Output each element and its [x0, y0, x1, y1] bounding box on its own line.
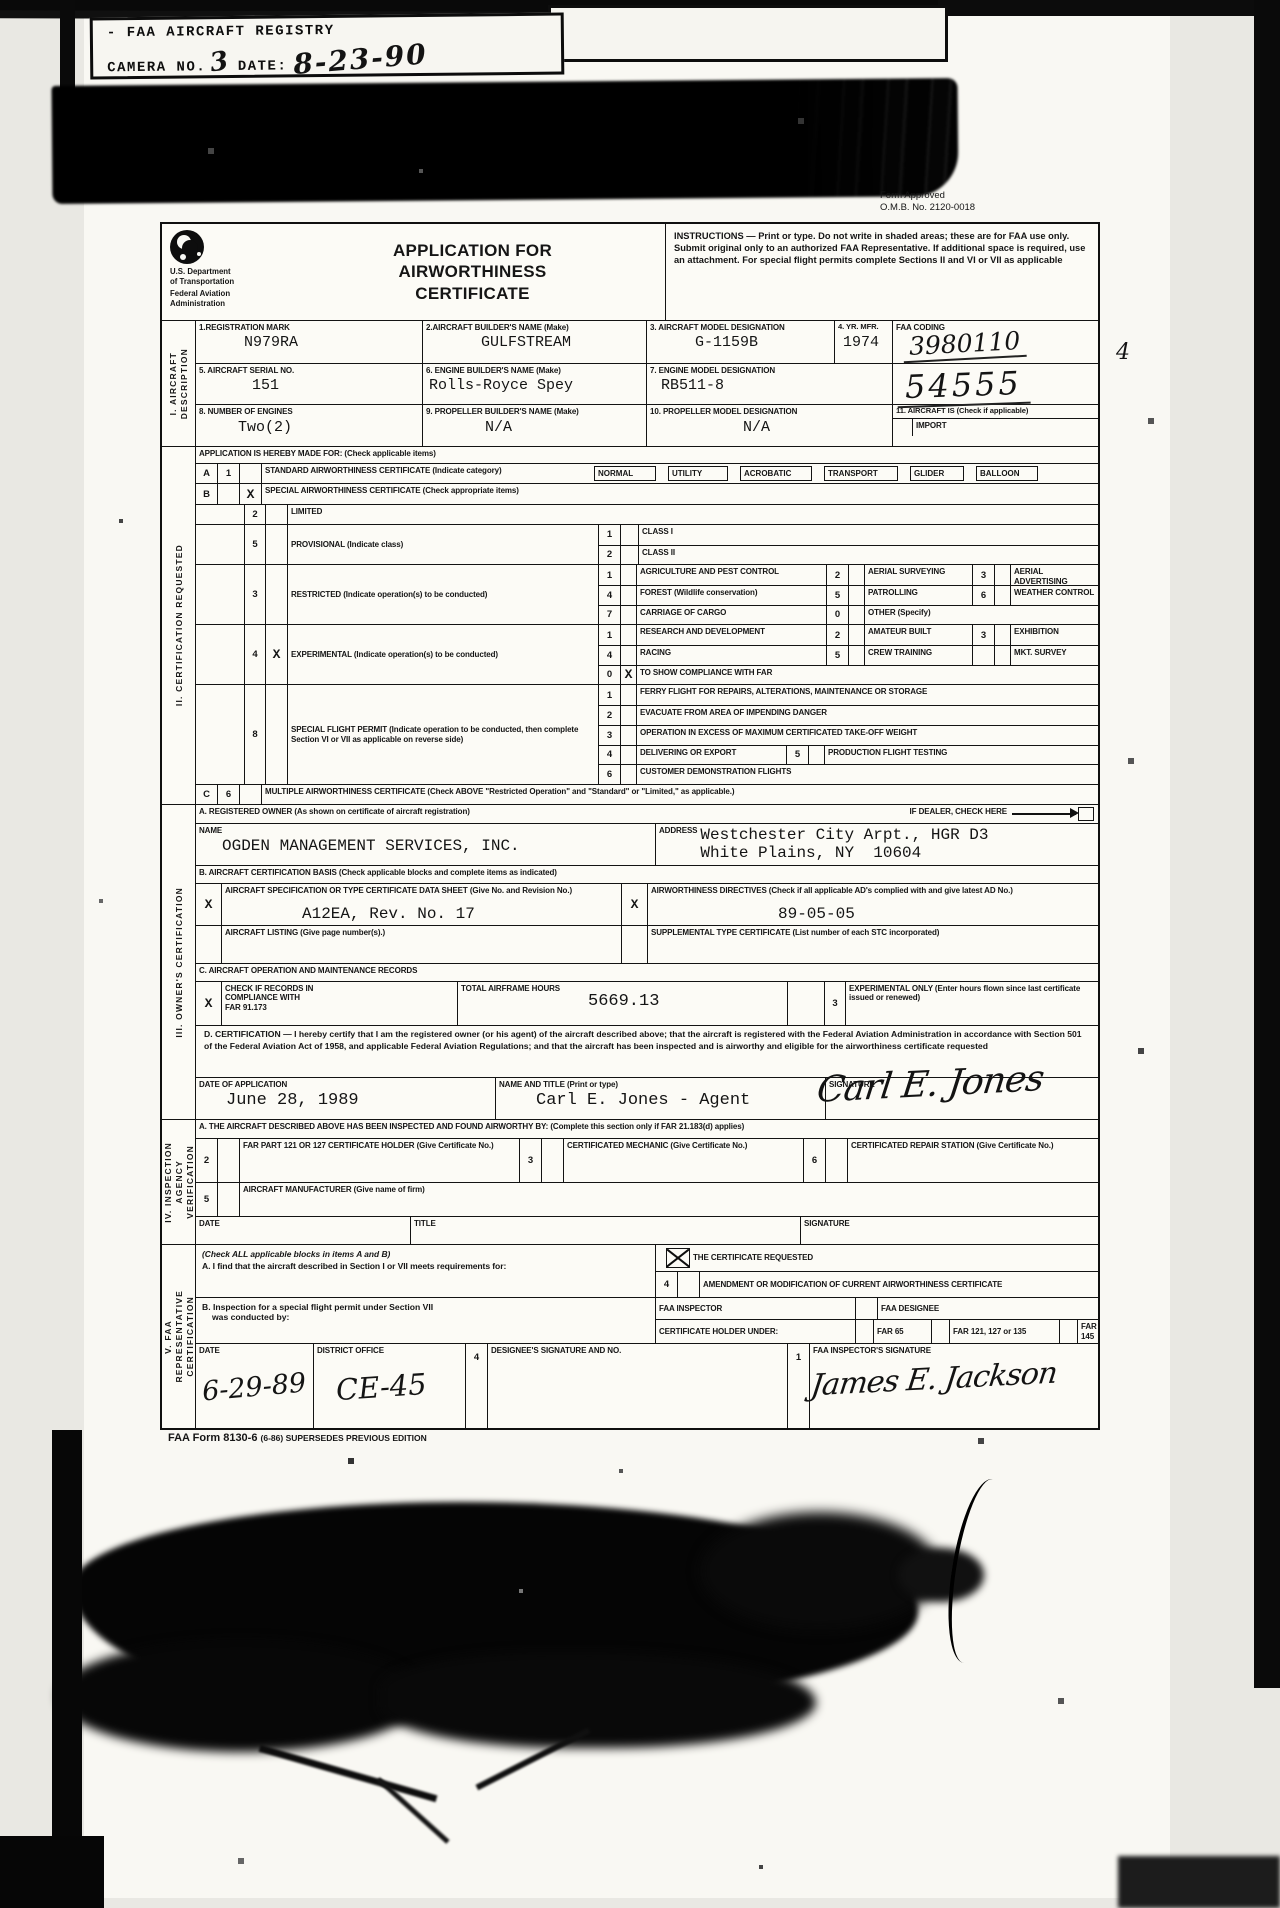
- limited-label: LIMITED: [288, 505, 325, 524]
- section-5-content: (Check ALL applicable blocks in items A …: [196, 1245, 1098, 1428]
- name-title-label: NAME AND TITLE (Print or type): [496, 1078, 825, 1091]
- opt-checkbox: [621, 625, 637, 645]
- opt-label: WEATHER CONTROL: [1011, 586, 1098, 605]
- multiple-cert-checkbox: [240, 785, 262, 804]
- opt-label: CARRIAGE OF CARGO: [637, 606, 827, 625]
- s5-date-label: DATE: [196, 1344, 313, 1357]
- opt-label: RACING: [637, 646, 827, 665]
- dot-logo: [170, 230, 204, 264]
- airframe-hours-field: TOTAL AIRFRAME HOURS 5669.13: [458, 982, 788, 1025]
- year-mfr-label: 4. YR. MFR.: [835, 321, 892, 334]
- airframe-hours-value: 5669.13: [588, 992, 659, 1011]
- far65-label: FAR 65: [874, 1320, 932, 1343]
- faa-registry-stamp: - FAA AIRCRAFT REGISTRY CAMERA NO.3DATE:…: [90, 13, 565, 80]
- opt-checkbox: [849, 606, 865, 625]
- opt-label: AGRICULTURE AND PEST CONTROL: [637, 565, 827, 585]
- multiple-cert-row: C 6 MULTIPLE AIRWORTHINESS CERTIFICATE (…: [196, 784, 1098, 804]
- prop-model-value: N/A: [647, 419, 892, 436]
- ad-checkbox: X: [622, 884, 648, 925]
- holder-checkbox: [218, 1139, 240, 1182]
- section-2-side-label: II. CERTIFICATION REQUESTED: [162, 447, 196, 804]
- dealer-checkbox: [1078, 807, 1094, 821]
- row-number-blank: [218, 484, 240, 505]
- opt-checkbox: [995, 565, 1011, 585]
- permit-options: 1 FERRY FLIGHT FOR REPAIRS, ALTERATIONS,…: [598, 685, 1098, 784]
- category-acrobatic: ACROBATIC: [740, 466, 812, 481]
- side-label-text: CERTIFICATION: [185, 1296, 195, 1377]
- form-edition-note: (6-86) SUPERSEDES PREVIOUS EDITION: [261, 1433, 427, 1443]
- category-checkbox: [728, 464, 740, 483]
- certificate-holder-row: CERTIFICATE HOLDER UNDER: FAR 65 FAR 121…: [656, 1319, 1100, 1343]
- prop-builder-label: 9. PROPELLER BUILDER'S NAME (Make): [423, 405, 646, 418]
- import-checkbox: [893, 419, 913, 436]
- s4-row1: 2 FAR PART 121 OR 127 CERTIFICATE HOLDER…: [196, 1138, 1098, 1182]
- mechanic-label: CERTIFICATED MECHANIC (Give Certificate …: [564, 1139, 804, 1182]
- manufacturer-number: 5: [196, 1183, 218, 1216]
- prop-builder-value: N/A: [423, 419, 646, 436]
- side-label-text: I. AIRCRAFT: [168, 352, 178, 415]
- owner-address-label: ADDRESS: [656, 824, 700, 865]
- opt-number: 5: [827, 586, 849, 605]
- experimental-only-field: EXPERIMENTAL ONLY (Enter hours flown sin…: [846, 982, 1098, 1025]
- side-label-text: III. OWNER'S CERTIFICATION: [174, 887, 184, 1038]
- side-label-text: DESCRIPTION: [179, 348, 189, 419]
- class2-label: CLASS II: [639, 546, 678, 565]
- opt-label: OPERATION IN EXCESS OF MAXIMUM CERTIFICA…: [637, 726, 1098, 745]
- s4-signature-label: SIGNATURE: [801, 1217, 1098, 1244]
- empty-stamp-box: [548, 5, 948, 62]
- section-1-side-label: I. AIRCRAFT DESCRIPTION: [162, 321, 196, 446]
- spec-label: AIRCRAFT SPECIFICATION OR TYPE CERTIFICA…: [222, 884, 621, 897]
- side-label-text: REPRESENTATIVE: [174, 1290, 184, 1383]
- far121-checkbox: [932, 1320, 950, 1343]
- cert-basis-row1: X AIRCRAFT SPECIFICATION OR TYPE CERTIFI…: [196, 883, 1098, 925]
- opt-checkbox: [995, 646, 1011, 665]
- special-cert-checkbox: X: [240, 484, 262, 505]
- opt-checkbox: [849, 625, 865, 645]
- engine-builder-value: Rolls-Royce Spey: [423, 377, 646, 394]
- section-4-inspection-agency-verification: IV. INSPECTION AGENCY VERIFICATION A. TH…: [162, 1119, 1098, 1244]
- aircraft-is-field: 11. AIRCRAFT IS (Check if applicable) IM…: [893, 405, 1098, 446]
- title-line1: APPLICATION FOR: [288, 240, 657, 261]
- section-4-content: A. THE AIRCRAFT DESCRIBED ABOVE HAS BEEN…: [196, 1120, 1098, 1244]
- s5-rowA: (Check ALL applicable blocks in items A …: [196, 1245, 1098, 1297]
- section-1-aircraft-description: I. AIRCRAFT DESCRIPTION 1.REGISTRATION M…: [162, 320, 1098, 446]
- special-flight-permit-row: 8 SPECIAL FLIGHT PERMIT (Indicate operat…: [196, 684, 1098, 784]
- opt-label: EXHIBITION: [1011, 625, 1098, 645]
- provisional-number: 5: [244, 525, 266, 564]
- opt-number: 6: [973, 586, 995, 605]
- mechanic-number: 3: [520, 1139, 542, 1182]
- form-approved-line1: Form Approved: [880, 190, 1102, 202]
- opt-number: 5: [787, 746, 809, 765]
- owner-address-line1: Westchester City Arpt., HGR D3: [700, 826, 988, 844]
- number-of-engines-value: Two(2): [196, 419, 422, 436]
- opt-label: OTHER (Specify): [865, 606, 1098, 625]
- opt-number: 2: [827, 565, 849, 585]
- manufacturer-label: AIRCRAFT MANUFACTURER (Give name of firm…: [240, 1183, 428, 1216]
- section-5-faa-representative-certification: V. FAA REPRESENTATIVE CERTIFICATION (Che…: [162, 1244, 1098, 1428]
- certificate-requested-label: THE CERTIFICATE REQUESTED: [690, 1251, 816, 1264]
- holder-number: 2: [196, 1139, 218, 1182]
- faa-designee-checkbox: [856, 1298, 878, 1319]
- ad-label: AIRWORTHINESS DIRECTIVES (Check if all a…: [648, 884, 1098, 897]
- scan-noise: [0, 0, 2, 2]
- opt-number: 4: [599, 586, 621, 605]
- indent: [196, 685, 244, 784]
- number-of-engines-label: 8. NUMBER OF ENGINES: [196, 405, 422, 418]
- opt-label: PRODUCTION FLIGHT TESTING: [825, 746, 1098, 765]
- s5-date-field: DATE 6-29-89: [196, 1344, 314, 1428]
- section-2-certification-requested: II. CERTIFICATION REQUESTED APPLICATION …: [162, 446, 1098, 804]
- model-designation-field: 3. AIRCRAFT MODEL DESIGNATION G-1159B: [647, 321, 835, 363]
- meets-requirements-label: A. I find that the aircraft described in…: [202, 1259, 649, 1273]
- margin-note: 4: [1116, 340, 1130, 365]
- faa-inspector-label: FAA INSPECTOR: [656, 1298, 856, 1319]
- faa-coding-2-value: 54555: [896, 363, 1030, 408]
- section-2-content: APPLICATION IS HEREBY MADE FOR: (Check a…: [196, 447, 1098, 804]
- serial-no-field: 5. AIRCRAFT SERIAL NO. 151: [196, 364, 423, 405]
- opt-checkbox: [621, 565, 637, 585]
- builder-name-value: GULFSTREAM: [423, 334, 646, 351]
- inspector-designee-row: FAA INSPECTOR FAA DESIGNEE: [656, 1298, 1100, 1319]
- far145-checkbox: [1060, 1320, 1078, 1343]
- opt-number: 7: [599, 606, 621, 625]
- year-mfr-value: 1974: [835, 334, 892, 351]
- scan-artifact-bottom-blob: [58, 1640, 424, 1752]
- far65-checkbox: [856, 1320, 874, 1343]
- restricted-row: 3 RESTRICTED (Indicate operation(s) to b…: [196, 564, 1098, 624]
- permit-number: 8: [244, 685, 266, 784]
- permit-label: SPECIAL FLIGHT PERMIT (Indicate operatio…: [288, 685, 598, 784]
- s5-rowA-right: THE CERTIFICATE REQUESTED 4 AMENDMENT OR…: [656, 1245, 1098, 1297]
- number-of-engines-field: 8. NUMBER OF ENGINES Two(2): [196, 405, 423, 446]
- standard-cert-checkbox: [240, 464, 262, 483]
- opt-number: 5: [827, 646, 849, 665]
- opt-checkbox: [809, 746, 825, 765]
- opt-number: 4: [599, 646, 621, 665]
- section-3-owners-certification: III. OWNER'S CERTIFICATION A. REGISTERED…: [162, 804, 1098, 1119]
- prop-model-field: 10. PROPELLER MODEL DESIGNATION N/A: [647, 405, 893, 446]
- application-date-field: DATE OF APPLICATION June 28, 1989: [196, 1078, 496, 1119]
- opt-number: 3: [973, 565, 995, 585]
- repair-station-checkbox: [826, 1139, 848, 1182]
- dept-line1: U.S. Department: [170, 267, 288, 277]
- records-field: CHECK IF RECORDS IN COMPLIANCE WITH FAR …: [222, 982, 458, 1025]
- opt-label: TO SHOW COMPLIANCE WITH FAR: [637, 666, 1098, 685]
- prop-builder-field: 9. PROPELLER BUILDER'S NAME (Make) N/A: [423, 405, 647, 446]
- section-1-content: 1.REGISTRATION MARK N979RA 2.AIRCRAFT BU…: [196, 321, 1098, 446]
- class1-label: CLASS I: [639, 525, 676, 544]
- district-office-field: DISTRICT OFFICE CE-45: [314, 1344, 466, 1428]
- permit-checkbox: [266, 685, 288, 784]
- class2-checkbox: [621, 546, 639, 565]
- dept-line2: of Transportation: [170, 277, 288, 287]
- category-checkbox: [898, 464, 910, 483]
- opt-label: EVACUATE FROM AREA OF IMPENDING DANGER: [637, 706, 1098, 725]
- registration-mark-label: 1.REGISTRATION MARK: [196, 321, 422, 334]
- experimental-options: 1 RESEARCH AND DEVELOPMENT 2 AMATEUR BUI…: [598, 625, 1098, 684]
- manufacturer-checkbox: [218, 1183, 240, 1216]
- category-balloon: BALLOON: [976, 466, 1038, 481]
- opt-number: [973, 646, 995, 665]
- s1-row1: 1.REGISTRATION MARK N979RA 2.AIRCRAFT BU…: [196, 321, 1098, 363]
- scan-artifact-corner: [0, 1836, 104, 1908]
- restricted-number: 3: [244, 565, 266, 624]
- builder-name-field: 2.AIRCRAFT BUILDER'S NAME (Make) GULFSTR…: [423, 321, 647, 363]
- indent: [196, 505, 244, 524]
- designee-signature-label: DESIGNEE'S SIGNATURE AND NO.: [488, 1344, 787, 1357]
- listing-checkbox: [196, 926, 222, 963]
- faa-coding-2-field: 54555: [893, 364, 1098, 405]
- inspector-signature-field: FAA INSPECTOR'S SIGNATURE James E. Jacks…: [810, 1344, 1098, 1428]
- owner-address-line2: White Plains, NY 10604: [700, 844, 988, 862]
- opt-checkbox: [621, 746, 637, 765]
- cert-basis-header: B. AIRCRAFT CERTIFICATION BASIS (Check a…: [196, 865, 1098, 883]
- district-office-value: CE-45: [335, 1367, 428, 1407]
- opt-checkbox: [621, 586, 637, 605]
- engine-builder-label: 6. ENGINE BUILDER'S NAME (Make): [423, 364, 646, 377]
- repair-station-label: CERTIFICATED REPAIR STATION (Give Certif…: [848, 1139, 1098, 1182]
- opt-label: FERRY FLIGHT FOR REPAIRS, ALTERATIONS, M…: [637, 685, 1098, 705]
- registered-owner-label: A. REGISTERED OWNER (As shown on certifi…: [196, 805, 907, 823]
- opt-checkbox: [849, 646, 865, 665]
- amendment-checkbox: [678, 1272, 700, 1297]
- spec-checkbox: X: [196, 884, 222, 925]
- side-label-text: IV. INSPECTION: [163, 1142, 173, 1223]
- agency-block: U.S. Department of Transportation Federa…: [170, 230, 288, 314]
- s4-title-label: TITLE: [411, 1217, 801, 1244]
- listing-field: AIRCRAFT LISTING (Give page number(s).): [222, 926, 622, 963]
- s4-date-title-signature-row: DATE TITLE SIGNATURE: [196, 1216, 1098, 1244]
- spacer: [788, 982, 824, 1025]
- district-office-label: DISTRICT OFFICE: [314, 1344, 465, 1357]
- owner-name-address-row: NAME OGDEN MANAGEMENT SERVICES, INC. ADD…: [196, 823, 1098, 865]
- opt-label: FOREST (Wildlife conservation): [637, 586, 827, 605]
- dealer-arrow-icon: [1012, 813, 1076, 815]
- opt-checkbox: [849, 586, 865, 605]
- row-number: 1: [218, 464, 240, 483]
- special-permit-inspection-label2: was conducted by:: [202, 1312, 649, 1322]
- engine-builder-field: 6. ENGINE BUILDER'S NAME (Make) Rolls-Ro…: [423, 364, 647, 405]
- class2-number: 2: [599, 546, 621, 565]
- category-transport: TRANSPORT: [824, 466, 898, 481]
- scan-artifact-left-bar: [60, 0, 75, 92]
- records-row: X CHECK IF RECORDS IN COMPLIANCE WITH FA…: [196, 981, 1098, 1025]
- compliance-checkbox: X: [621, 666, 637, 685]
- form-header: U.S. Department of Transportation Federa…: [162, 224, 1098, 320]
- s5-rowB-right: FAA INSPECTOR FAA DESIGNEE CERTIFICATE H…: [656, 1298, 1100, 1343]
- inspector-signature-value: James E. Jackson: [809, 1356, 1059, 1404]
- spec-value: A12EA, Rev. No. 17: [302, 905, 475, 923]
- scan-artifact-speckle-band: [52, 78, 959, 204]
- omb-approval: Form Approved O.M.B. No. 2120-0018: [880, 190, 1102, 214]
- side-label-text: VERIFICATION: [185, 1145, 195, 1219]
- opt-checkbox: [621, 726, 637, 745]
- indent: [196, 625, 244, 684]
- opt-number: 0: [827, 606, 849, 625]
- faa-coding-field: FAA CODING 3980110: [893, 321, 1098, 363]
- category-checkbox: [812, 464, 824, 483]
- records-label1: CHECK IF RECORDS IN: [222, 982, 457, 993]
- title-line2: AIRWORTHINESS: [288, 261, 657, 282]
- restricted-label: RESTRICTED (Indicate operation(s) to be …: [288, 565, 598, 624]
- s4-row2: 5 AIRCRAFT MANUFACTURER (Give name of fi…: [196, 1182, 1098, 1216]
- opt-number: 0: [599, 666, 621, 685]
- form-header-left: U.S. Department of Transportation Federa…: [162, 224, 666, 320]
- opt-label: RESEARCH AND DEVELOPMENT: [637, 625, 827, 645]
- owner-name-field: NAME OGDEN MANAGEMENT SERVICES, INC.: [196, 824, 656, 865]
- opt-number: 4: [599, 746, 621, 765]
- special-permit-inspection-label1: B. Inspection for a special flight permi…: [202, 1302, 649, 1312]
- s4-date-label: DATE: [196, 1217, 411, 1244]
- standard-cert-label: STANDARD AIRWORTHINESS CERTIFICATE (Indi…: [262, 464, 582, 483]
- stc-label: SUPPLEMENTAL TYPE CERTIFICATE (List numb…: [648, 926, 1098, 939]
- registration-mark-value: N979RA: [196, 334, 422, 351]
- row-letter: C: [196, 785, 218, 804]
- limited-number: 2: [244, 505, 266, 524]
- agency-line1: Federal Aviation: [170, 289, 288, 299]
- import-label: IMPORT: [913, 419, 950, 436]
- form-approved-line2: O.M.B. No. 2120-0018: [880, 202, 1102, 214]
- records-checkbox: X: [196, 982, 222, 1025]
- special-cert-row: B X SPECIAL AIRWORTHINESS CERTIFICATE (C…: [196, 483, 1098, 505]
- application-date-label: DATE OF APPLICATION: [196, 1078, 495, 1091]
- opt-label: PATROLLING: [865, 586, 973, 605]
- section-5-side-label: V. FAA REPRESENTATIVE CERTIFICATION: [162, 1245, 196, 1428]
- name-title-field: NAME AND TITLE (Print or type) Carl E. J…: [496, 1078, 826, 1119]
- side-label-text: II. CERTIFICATION REQUESTED: [174, 544, 184, 706]
- provisional-row: 5 PROVISIONAL (Indicate class) 1 CLASS I…: [196, 524, 1098, 564]
- limited-checkbox: [266, 505, 288, 524]
- mechanic-checkbox: [542, 1139, 564, 1182]
- class1-checkbox: [621, 525, 639, 544]
- certificate-requested-row: THE CERTIFICATE REQUESTED: [656, 1245, 1098, 1271]
- camera-no-value: 3: [208, 44, 233, 82]
- amendment-label: AMENDMENT OR MODIFICATION OF CURRENT AIR…: [700, 1278, 1005, 1291]
- serial-no-label: 5. AIRCRAFT SERIAL NO.: [196, 364, 422, 377]
- form-number: FAA Form 8130-6: [168, 1432, 257, 1444]
- year-mfr-field: 4. YR. MFR. 1974: [835, 321, 893, 363]
- opt-checkbox: [621, 646, 637, 665]
- records-label3: FAR 91.173: [222, 1003, 457, 1014]
- opt-checkbox: [849, 565, 865, 585]
- registration-mark-field: 1.REGISTRATION MARK N979RA: [196, 321, 423, 363]
- far121-label: FAR 121, 127 or 135: [950, 1320, 1060, 1343]
- s5-rowB-left: B. Inspection for a special flight permi…: [196, 1298, 656, 1343]
- category-normal: NORMAL: [594, 466, 656, 481]
- class1-number: 1: [599, 525, 621, 544]
- engine-model-field: 7. ENGINE MODEL DESIGNATION RB511-8: [647, 364, 893, 405]
- stamp-line2: CAMERA NO.3DATE:8-23-90: [107, 39, 555, 81]
- experimental-number: 4: [244, 625, 266, 684]
- restricted-options: 1 AGRICULTURE AND PEST CONTROL 2 AERIAL …: [598, 565, 1098, 624]
- opt-number: 1: [599, 685, 621, 705]
- experimental-only-label: EXPERIMENTAL ONLY (Enter hours flown sin…: [846, 982, 1098, 1005]
- opt-number: 2: [599, 706, 621, 725]
- opt-number: 2: [827, 625, 849, 645]
- side-label-text: AGENCY: [174, 1160, 184, 1204]
- opt-checkbox: [995, 586, 1011, 605]
- application-made-for-label: APPLICATION IS HEREBY MADE FOR: (Check a…: [196, 447, 1098, 463]
- dealer-check-label: IF DEALER, CHECK HERE: [907, 805, 1010, 823]
- serial-no-value: 151: [196, 377, 422, 394]
- experimental-row: 4 X EXPERIMENTAL (Indicate operation(s) …: [196, 624, 1098, 684]
- records-label2: COMPLIANCE WITH: [222, 993, 457, 1002]
- opt-checkbox: [621, 685, 637, 705]
- check-all-note: (Check ALL applicable blocks in items A …: [202, 1249, 649, 1259]
- model-designation-label: 3. AIRCRAFT MODEL DESIGNATION: [647, 321, 834, 334]
- repair-station-number: 6: [804, 1139, 826, 1182]
- special-cert-label: SPECIAL AIRWORTHINESS CERTIFICATE (Check…: [262, 484, 522, 505]
- spec-field: AIRCRAFT SPECIFICATION OR TYPE CERTIFICA…: [222, 884, 622, 925]
- scan-artifact-bottom-blob: [380, 1652, 816, 1748]
- opt-checkbox: [621, 606, 637, 625]
- amendment-number: 4: [656, 1272, 678, 1297]
- indent: [196, 525, 244, 564]
- opt-checkbox: [621, 765, 637, 784]
- checked-box-icon: [666, 1248, 690, 1268]
- faa-designee-label: FAA DESIGNEE: [878, 1298, 942, 1319]
- engine-model-value: RB511-8: [647, 377, 892, 394]
- owner-address-field: ADDRESS Westchester City Arpt., HGR D3 W…: [656, 824, 1098, 865]
- inspector-number: 1: [788, 1344, 810, 1428]
- opt-checkbox: [995, 625, 1011, 645]
- amendment-row: 4 AMENDMENT OR MODIFICATION OF CURRENT A…: [656, 1271, 1098, 1297]
- far145-label: FAR 145: [1078, 1320, 1100, 1343]
- category-checkbox: [582, 464, 594, 483]
- experimental-label: EXPERIMENTAL (Indicate operation(s) to b…: [288, 625, 598, 684]
- faa-form-8130-6: U.S. Department of Transportation Federa…: [160, 222, 1100, 1430]
- owner-signature-field: SIGNATURE Carl E. Jones: [826, 1078, 1098, 1119]
- s1-row3: 8. NUMBER OF ENGINES Two(2) 9. PROPELLER…: [196, 404, 1098, 446]
- owner-name-label: NAME: [196, 824, 655, 837]
- opt-number: 1: [599, 625, 621, 645]
- stc-field: SUPPLEMENTAL TYPE CERTIFICATE (List numb…: [648, 926, 1098, 963]
- model-designation-value: G-1159B: [647, 334, 834, 351]
- name-title-value: Carl E. Jones - Agent: [496, 1091, 825, 1110]
- section-3-content: A. REGISTERED OWNER (As shown on certifi…: [196, 805, 1098, 1119]
- opt-number: 3: [599, 726, 621, 745]
- experimental-only-number: 3: [824, 982, 846, 1025]
- title-line3: CERTIFICATE: [288, 283, 657, 304]
- cert-basis-row2: AIRCRAFT LISTING (Give page number(s).) …: [196, 925, 1098, 963]
- opt-checkbox: [621, 706, 637, 725]
- category-glider: GLIDER: [910, 466, 964, 481]
- opt-number: 6: [599, 765, 621, 784]
- row-number: 6: [218, 785, 240, 804]
- opt-label: MKT. SURVEY: [1011, 646, 1098, 665]
- opt-label: AMATEUR BUILT: [865, 625, 973, 645]
- date-label: DATE:: [238, 58, 288, 75]
- provisional-options: 1 CLASS I 2 CLASS II: [598, 525, 1098, 564]
- opt-number: 1: [599, 565, 621, 585]
- provisional-checkbox: [266, 525, 288, 564]
- camera-no-label: CAMERA NO.: [107, 59, 206, 76]
- opt-label: AERIAL ADVERTISING: [1011, 565, 1098, 585]
- inspected-found-airworthy-label: A. THE AIRCRAFT DESCRIBED ABOVE HAS BEEN…: [196, 1120, 1098, 1138]
- section-3-side-label: III. OWNER'S CERTIFICATION: [162, 805, 196, 1119]
- opt-label: CREW TRAINING: [865, 646, 973, 665]
- row-letter: B: [196, 484, 218, 505]
- form-title: APPLICATION FOR AIRWORTHINESS CERTIFICAT…: [288, 230, 657, 314]
- scan-artifact-corner: [1118, 1856, 1280, 1908]
- application-signature-row: DATE OF APPLICATION June 28, 1989 NAME A…: [196, 1077, 1098, 1119]
- s5-bottom-row: DATE 6-29-89 DISTRICT OFFICE CE-45 4 DES…: [196, 1343, 1098, 1428]
- holder-label: FAR PART 121 OR 127 CERTIFICATE HOLDER (…: [240, 1139, 520, 1182]
- ad-value: 89-05-05: [778, 905, 855, 923]
- section-4-side-label: IV. INSPECTION AGENCY VERIFICATION: [162, 1120, 196, 1244]
